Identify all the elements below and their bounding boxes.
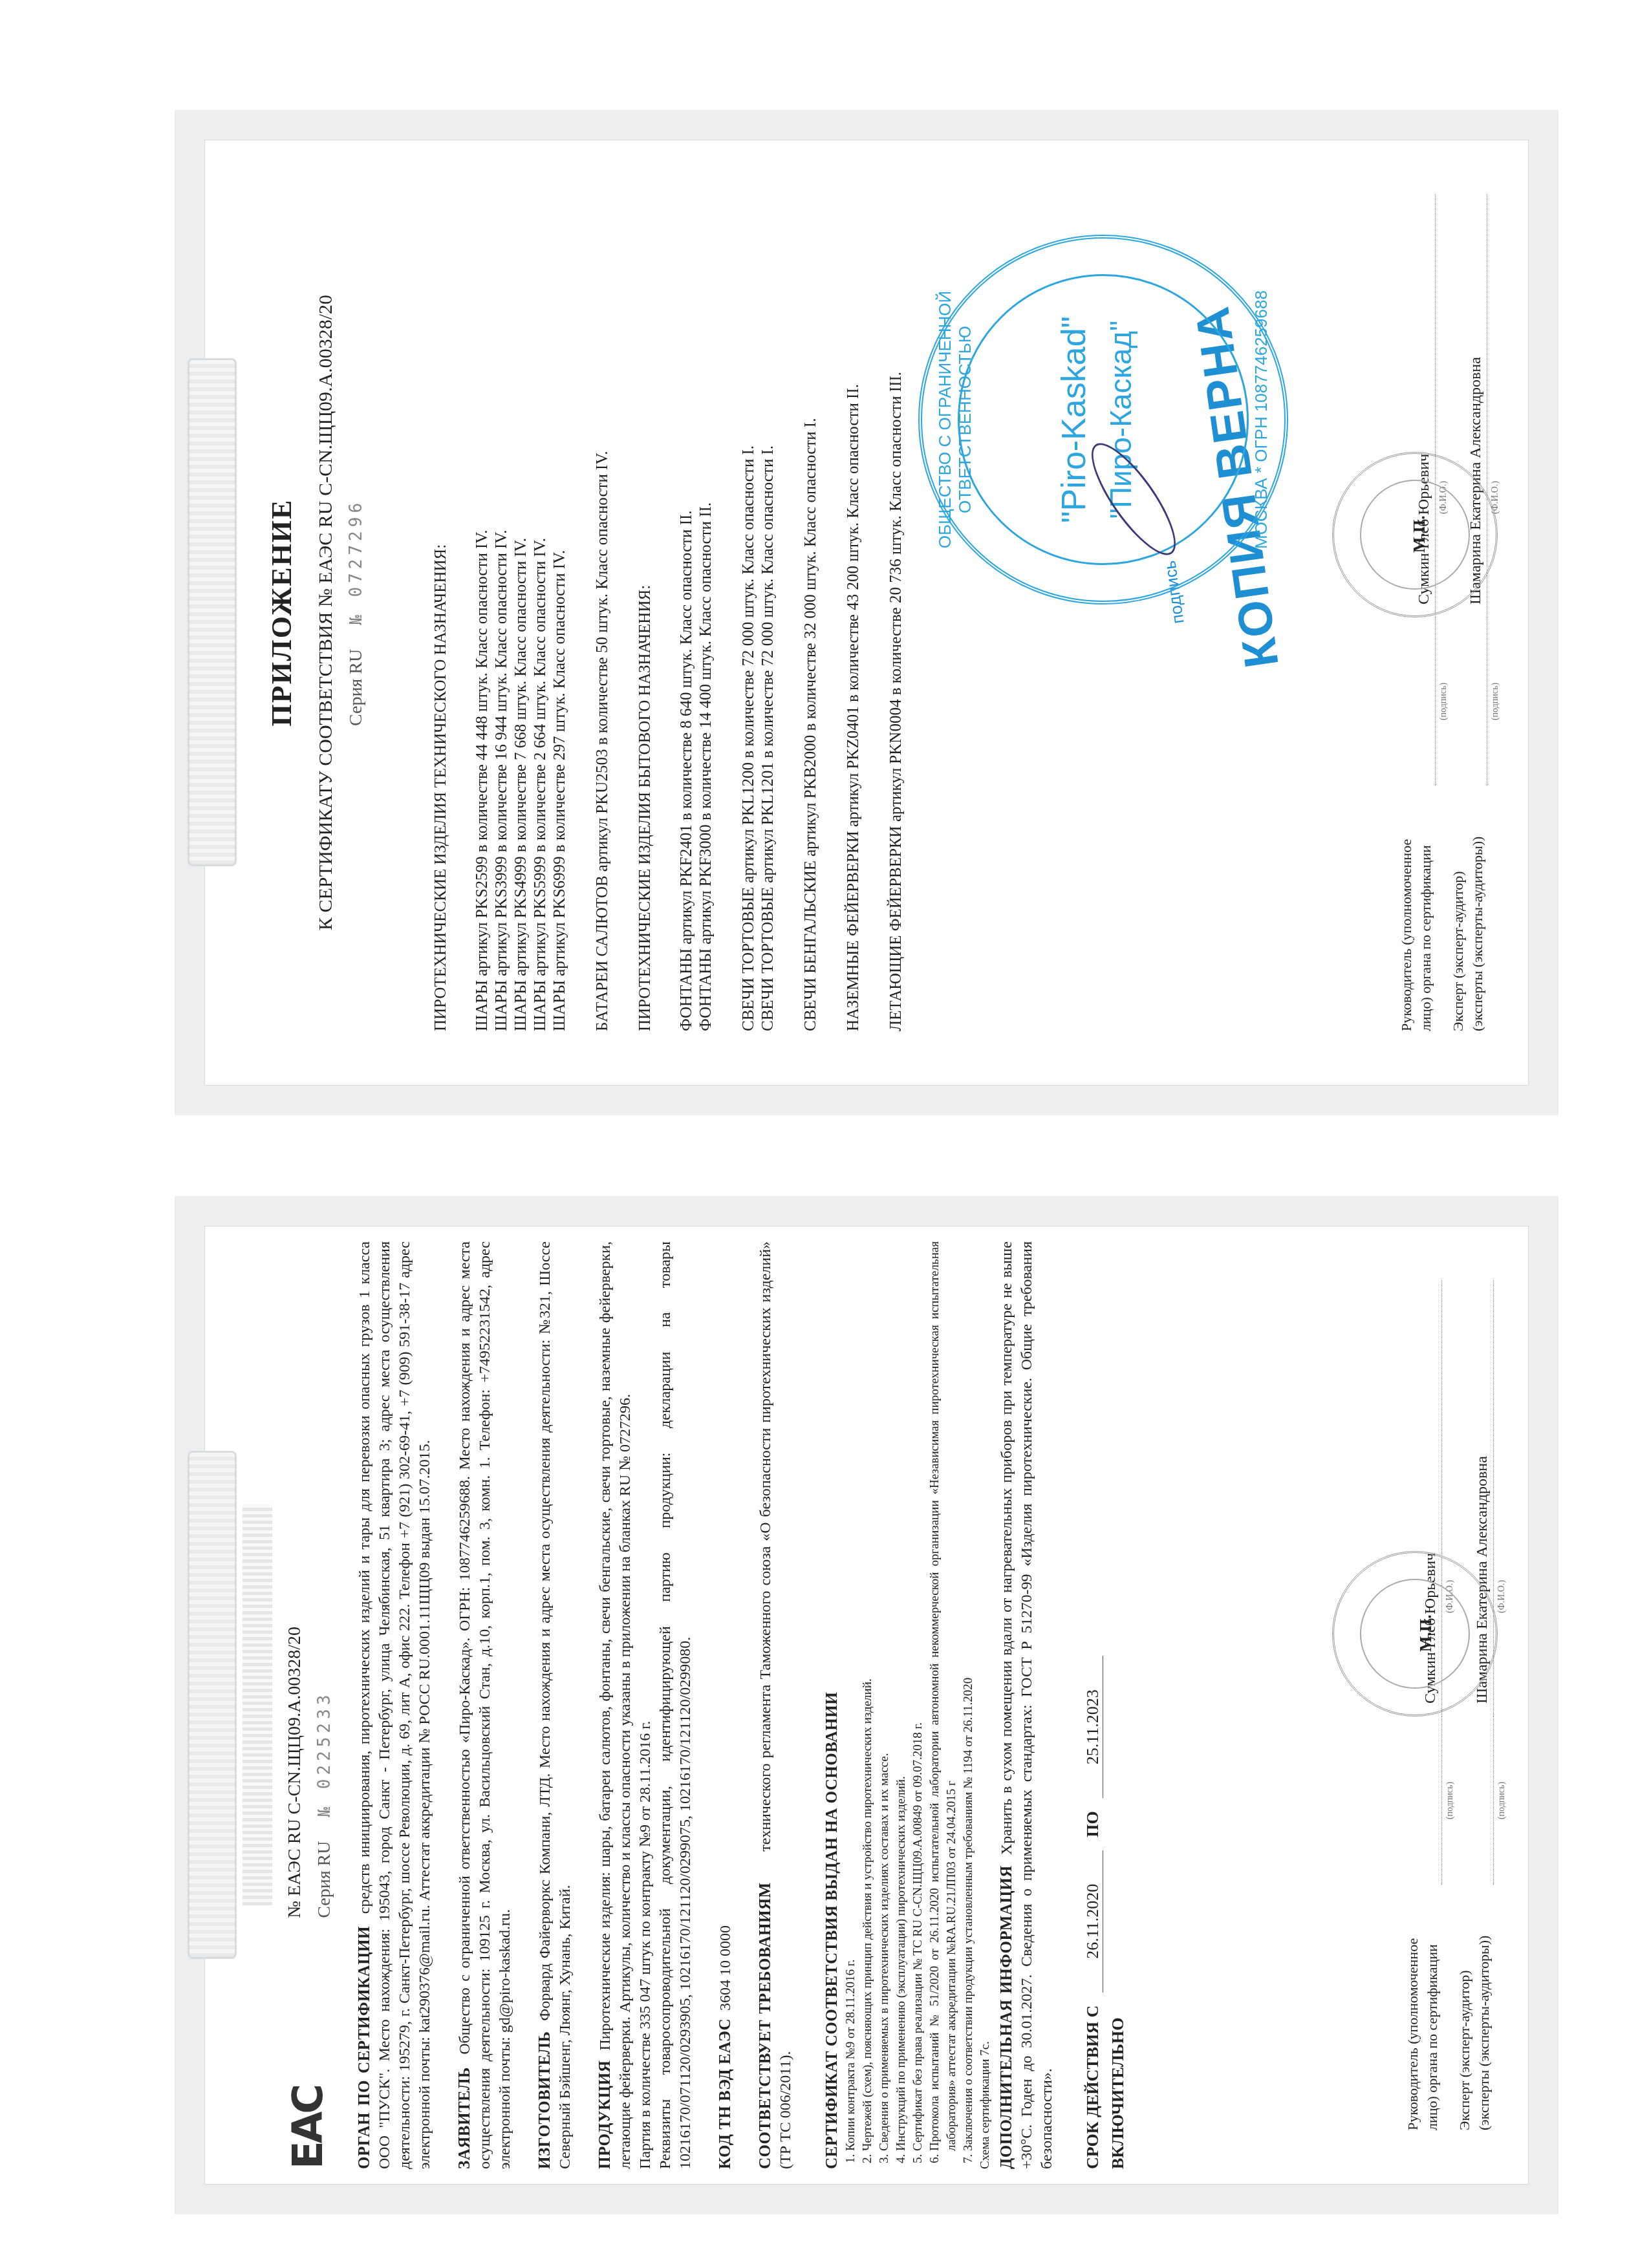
- basis-item: Сертификат без права реализации № ТС RU …: [910, 1241, 927, 2151]
- product-section: ПРОДУКЦИЯ Пиротехнические изделия: шары,…: [595, 1241, 696, 2169]
- product-group: БАТАРЕИ САЛЮТОВ артикул PKU2503 в количе…: [593, 155, 612, 1031]
- product-group: ПИРОТЕХНИЧЕСКИЕ ИЗДЕЛИЯ ТЕХНИЧЕСКОГО НАЗ…: [431, 155, 570, 1031]
- product-line: БАТАРЕИ САЛЮТОВ артикул PKU2503 в количе…: [593, 155, 612, 1031]
- expert-signature: (подпись): [1467, 617, 1487, 786]
- head-signature: (подпись): [1422, 1717, 1442, 1885]
- tnved-section: КОД ТН ВЭД ЕАЭС 3604 10 0000: [715, 1241, 736, 2169]
- appendix-subtitle: К СЕРТИФИКАТУ СООТВЕТСТВИЯ № ЕАЭС RU C-C…: [315, 155, 337, 1070]
- product-group: ПИРОТЕХНИЧЕСКИЕ ИЗДЕЛИЯ БЫТОВОГО НАЗНАЧЕ…: [636, 155, 716, 1031]
- appendix-title: ПРИЛОЖЕНИЕ: [265, 155, 298, 1070]
- series-label: Серия RU: [314, 1841, 334, 1918]
- additional-info-section: ДОПОЛНИТЕЛЬНАЯ ИНФОРМАЦИЯ Хранить в сухо…: [997, 1241, 1057, 2169]
- group-heading: ПИРОТЕХНИЧЕСКИЕ ИЗДЕЛИЯ БЫТОВОГО НАЗНАЧЕ…: [636, 155, 655, 1031]
- product-line: ШАРЫ артикул PKS4999 в количестве 7 668 …: [512, 155, 531, 1031]
- eac-mark: ЕАС: [285, 2086, 332, 2169]
- group-heading: ПИРОТЕХНИЧЕСКИЕ ИЗДЕЛИЯ ТЕХНИЧЕСКОГО НАЗ…: [431, 155, 451, 1031]
- product-group: СВЕЧИ ТОРТОВЫЕ артикул PKL1200 в количес…: [739, 155, 778, 1031]
- certificate-number: № ЕАЭС RU C-CN.ЩЦ09.А.00328/20: [285, 1627, 305, 1918]
- basis-item: Чертежей (схем), поясняющих принцип дейс…: [859, 1241, 876, 2151]
- certificate-header: ЕАС № ЕАЭС RU C-CN.ЩЦ09.А.00328/20 Серия…: [285, 1241, 335, 2169]
- applicant-section: ЗАЯВИТЕЛЬ Общество с ограниченной ответс…: [455, 1241, 515, 2169]
- basis-item: Копии контракта №9 от 28.11.2016 г.: [843, 1241, 859, 2151]
- valid-to-date: 25.11.2023: [1083, 1656, 1103, 1798]
- product-line: ФОНТАНЫ артикул PKF3000 в количестве 14 …: [696, 155, 716, 1031]
- series-number: № 0225233: [315, 1691, 334, 1817]
- product-line: СВЕЧИ ТОРТОВЫЕ артикул PKL1201 в количес…: [759, 155, 778, 1031]
- head-signature: (подпись): [1416, 617, 1436, 786]
- basis-item: Сведения о применяемых в пиротехнических…: [876, 1241, 893, 2151]
- product-group: НАЗЕМНЫЕ ФЕЙЕРВЕРКИ артикул PKZ0401 в ко…: [844, 155, 863, 1031]
- product-line: СВЕЧИ БЕНГАЛЬСКИЕ артикул PKB2000 в коли…: [801, 155, 821, 1031]
- watermark-band: [188, 359, 237, 867]
- watermark-band: [188, 1451, 237, 1960]
- manufacturer-section: ИЗГОТОВИТЕЛЬ Форвард Файерворкс Компани,…: [535, 1241, 576, 2169]
- product-line: ШАРЫ артикул PKS5999 в количестве 2 664 …: [531, 155, 550, 1031]
- product-line: НАЗЕМНЫЕ ФЕЙЕРВЕРКИ артикул PKZ0401 в ко…: [844, 155, 863, 1031]
- basis-item: Заключения о соответствии продукции уста…: [960, 1241, 977, 2151]
- series-number: № 0727296: [347, 499, 366, 625]
- product-line: ШАРЫ артикул PKS6999 в количестве 297 шт…: [550, 155, 570, 1031]
- product-line: ФОНТАНЫ артикул PKF2401 в количестве 8 6…: [677, 155, 696, 1031]
- seal-label: М.П.: [1410, 515, 1429, 553]
- basis-item: Протокола испытаний № 51/2020 от 26.11.2…: [927, 1241, 960, 2151]
- product-line: ШАРЫ артикул PKS2599 в количестве 44 448…: [473, 155, 492, 1031]
- product-line: ЛЕТАЮЩИЕ ФЕЙЕРВЕРКИ артикул PKN0004 в ко…: [887, 155, 906, 1031]
- validity-period: СРОК ДЕЙСТВИЯ С 26.11.2020 ПО 25.11.2023: [1083, 1241, 1103, 2169]
- organ-section: ОРГАН ПО СЕРТИФИКАЦИИ средств инициирова…: [354, 1241, 435, 2169]
- basis-item: Инструкций по применению (эксплуатации) …: [893, 1241, 910, 2151]
- seal-label: М.П.: [1416, 1614, 1436, 1652]
- company-seal: ОБЩЕСТВО С ОГРАНИЧЕННОЙ ОТВЕТСТВЕННОСТЬЮ…: [918, 235, 1288, 604]
- product-group: ЛЕТАЮЩИЕ ФЕЙЕРВЕРКИ артикул PKN0004 в ко…: [887, 155, 906, 1031]
- watermark-title: [242, 1505, 272, 1906]
- valid-from-date: 26.11.2020: [1083, 1850, 1103, 1993]
- product-line: СВЕЧИ ТОРТОВЫЕ артикул PKL1200 в количес…: [739, 155, 759, 1031]
- series-line: Серия RU № 0727296: [346, 155, 367, 1070]
- certification-body-seal: [1332, 1551, 1498, 1717]
- signature-block: Руководитель (уполномоченное лицо) орган…: [1397, 194, 1500, 1031]
- series-label: Серия RU: [346, 649, 366, 726]
- signature-block: Руководитель (уполномоченное лицо) орган…: [1403, 1280, 1507, 2130]
- product-group: СВЕЧИ БЕНГАЛЬСКИЕ артикул PKB2000 в коли…: [801, 155, 821, 1031]
- basis-section: СЕРТИФИКАТ СООТВЕТСТВИЯ ВЫДАН НА ОСНОВАН…: [822, 1241, 994, 2169]
- conformity-section: СООТВЕТСТВУЕТ ТРЕБОВАНИЯМ технического р…: [755, 1241, 796, 2169]
- expert-signature: (подпись): [1474, 1717, 1494, 1885]
- product-list: ПИРОТЕХНИЧЕСКИЕ ИЗДЕЛИЯ ТЕХНИЧЕСКОГО НАЗ…: [431, 155, 906, 1070]
- product-line: ШАРЫ артикул PKS3999 в количестве 16 944…: [492, 155, 512, 1031]
